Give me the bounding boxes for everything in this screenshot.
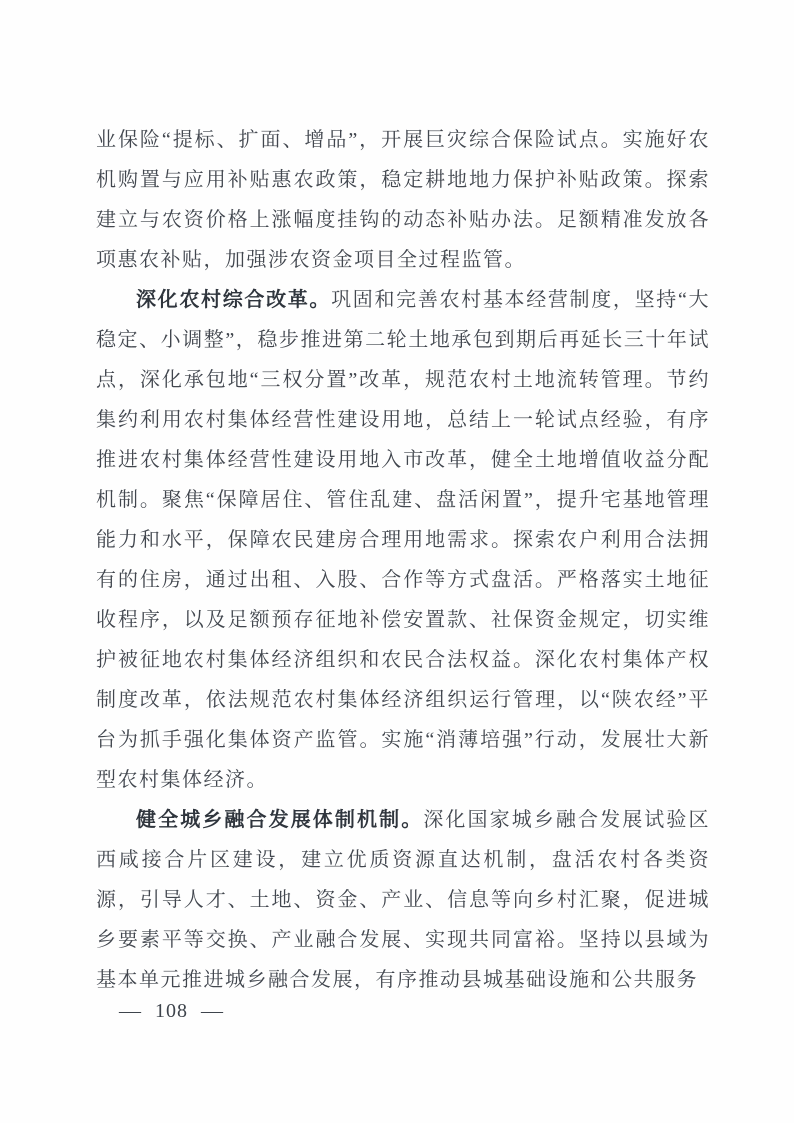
- paragraph-text: 业保险“提标、扩面、增品”，开展巨灾综合保险试点。实施好农机购置与应用补贴惠农政…: [96, 129, 710, 271]
- paragraph: 深化农村综合改革。巩固和完善农村基本经营制度，坚持“大稳定、小调整”，稳步推进第…: [96, 280, 710, 800]
- page-number: 108: [155, 1000, 188, 1023]
- paragraph: 健全城乡融合发展体制机制。深化国家城乡融合发展试验区西咸接合片区建设，建立优质资…: [96, 800, 710, 1000]
- paragraph-text: 巩固和完善农村基本经营制度，坚持“大稳定、小调整”，稳步推进第二轮土地承包到期后…: [96, 289, 710, 791]
- document-page: 业保险“提标、扩面、增品”，开展巨灾综合保险试点。实施好农机购置与应用补贴惠农政…: [0, 0, 794, 1123]
- paragraph-text: 深化国家城乡融合发展试验区西咸接合片区建设，建立优质资源直达机制，盘活农村各类资…: [96, 809, 710, 991]
- paragraph-lead: 深化农村综合改革。: [136, 289, 331, 311]
- footer-left-dash: —: [119, 1000, 142, 1023]
- footer-right-dash: —: [201, 1000, 224, 1023]
- page-body-text: 业保险“提标、扩面、增品”，开展巨灾综合保险试点。实施好农机购置与应用补贴惠农政…: [96, 120, 710, 1000]
- page-footer: — 108 —: [120, 1000, 223, 1023]
- paragraph-lead: 健全城乡融合发展体制机制。: [136, 809, 423, 831]
- paragraph: 业保险“提标、扩面、增品”，开展巨灾综合保险试点。实施好农机购置与应用补贴惠农政…: [96, 120, 710, 280]
